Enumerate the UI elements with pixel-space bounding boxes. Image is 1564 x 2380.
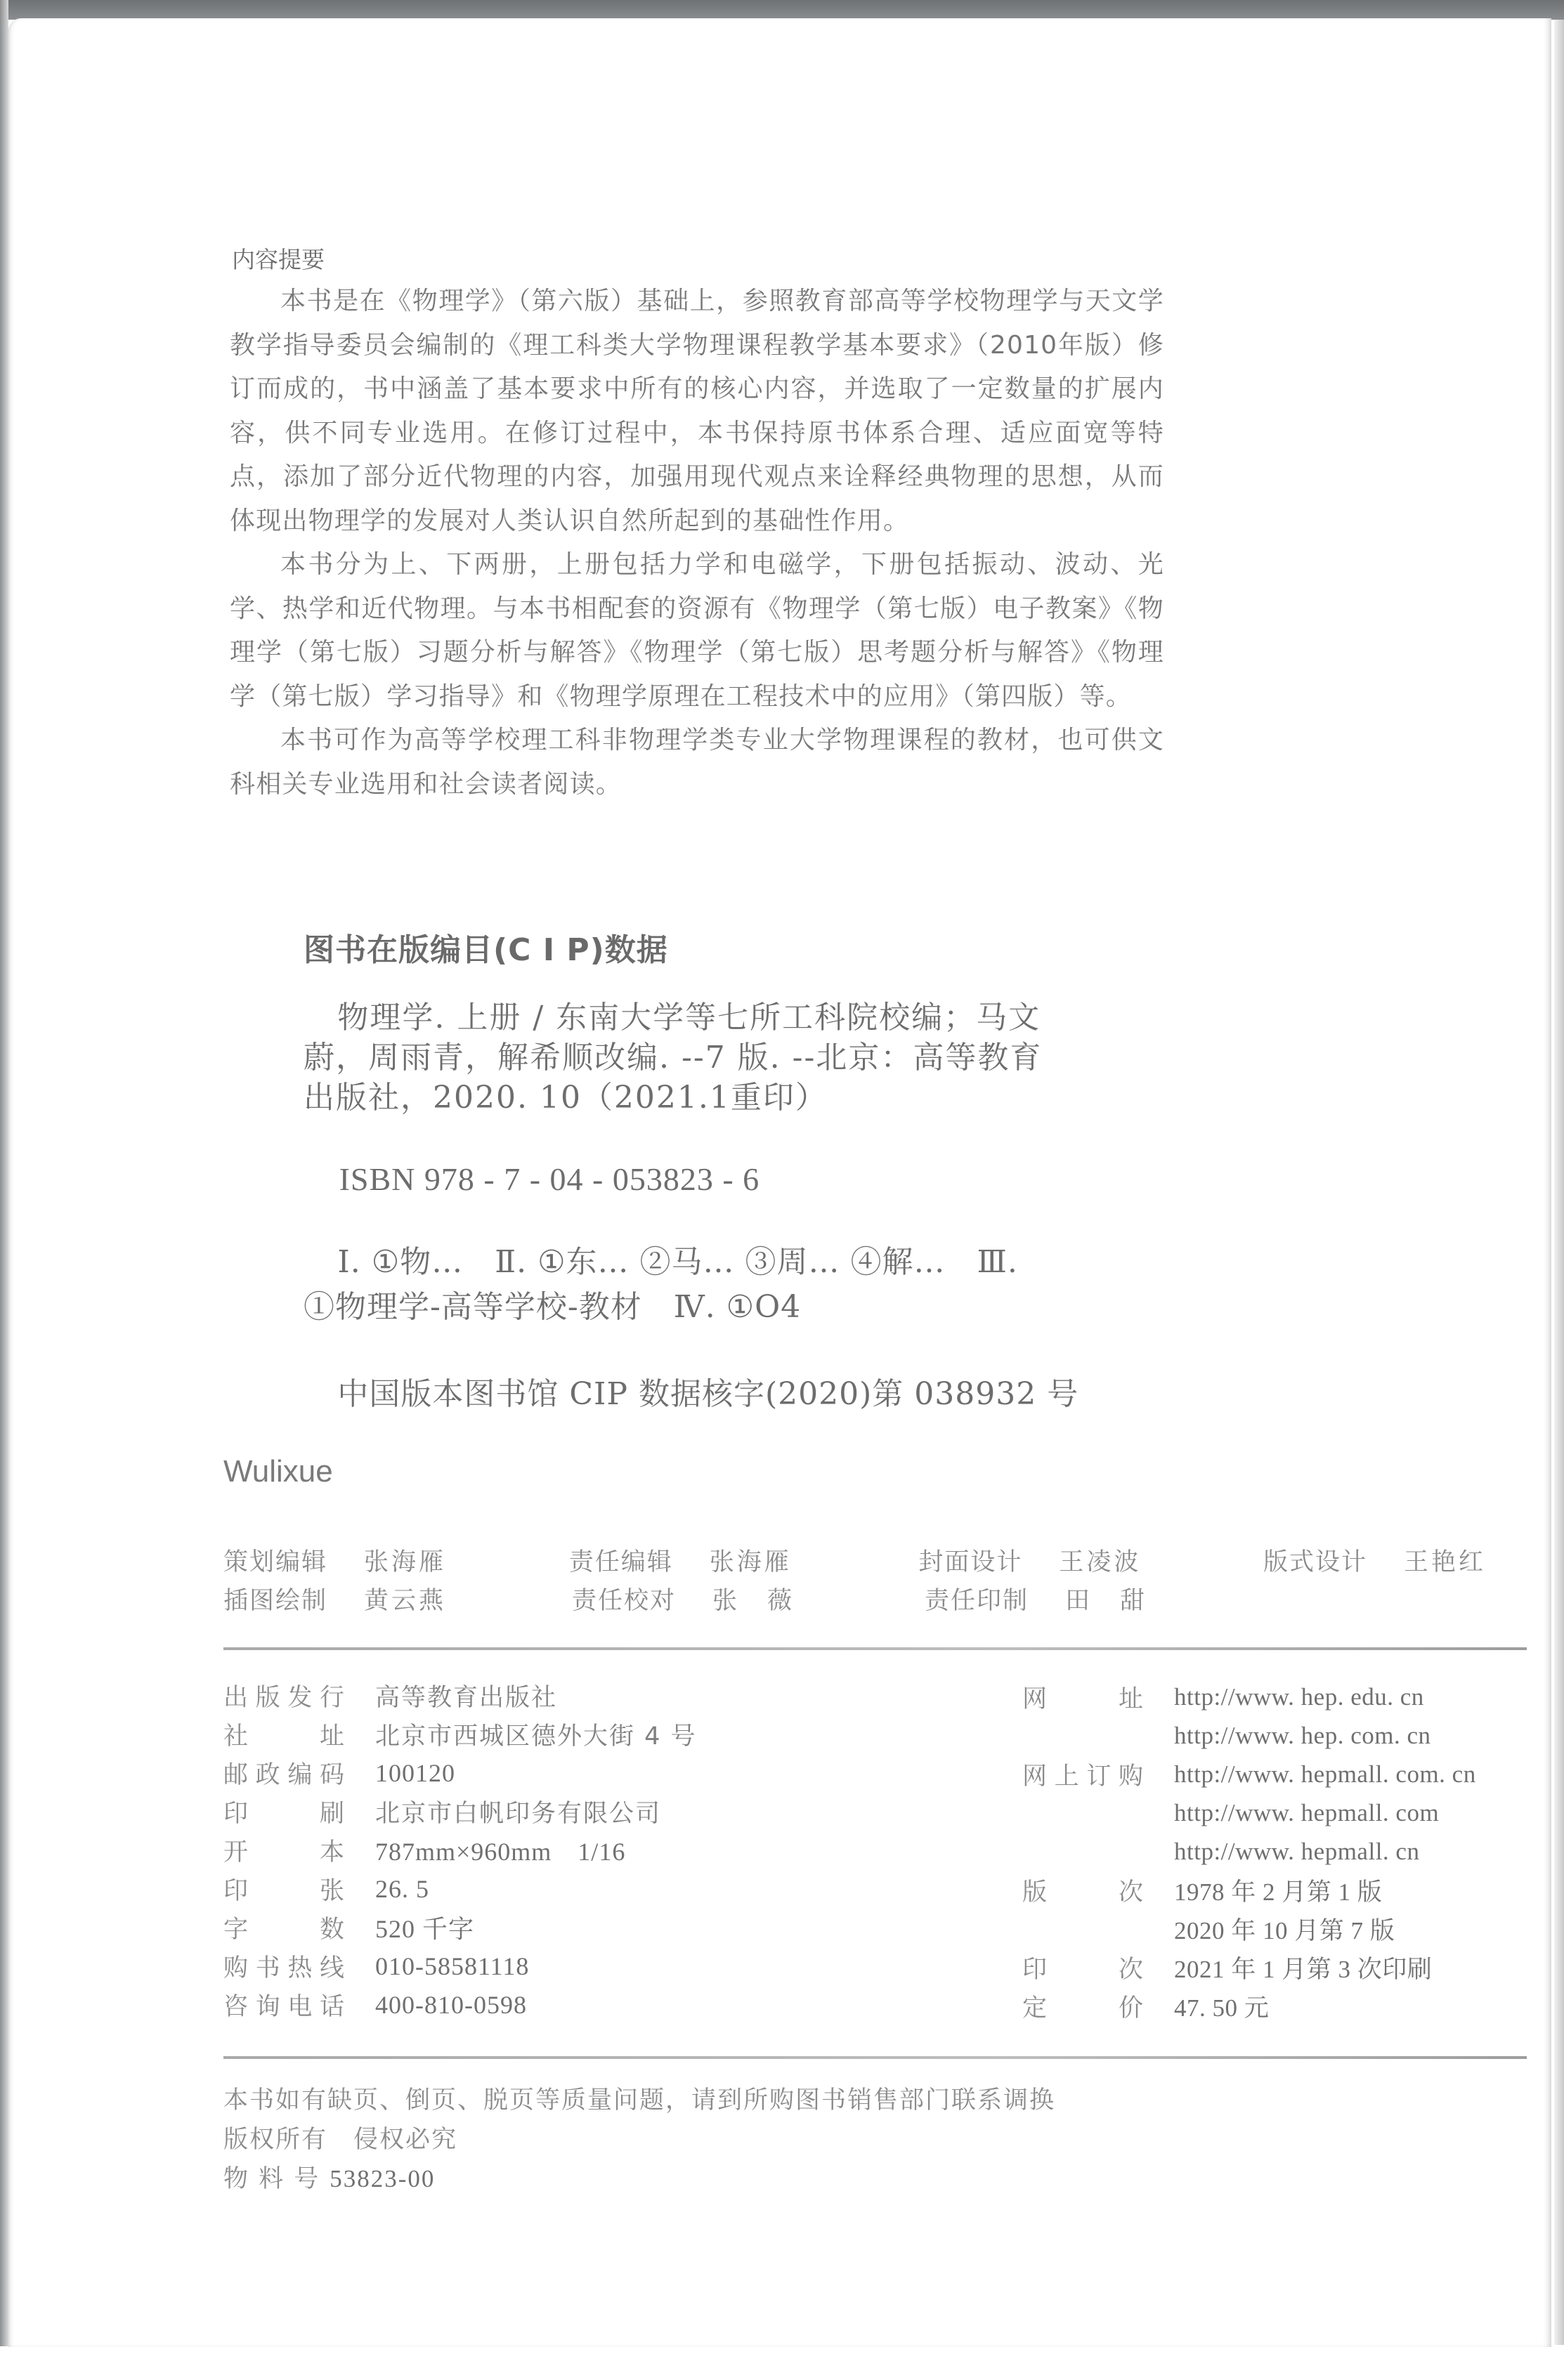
info-label: 定价 [1022, 1989, 1143, 2024]
divider [223, 2056, 1527, 2059]
info-label: 购书热线 [223, 1949, 344, 1984]
cip-record: 物理学. 上册 / 东南大学等七所工科院校编；马文 蔚，周雨青，解希顺改编. -… [304, 998, 1140, 1118]
summary-body: 本书是在《物理学》（第六版）基础上，参照教育部高等学校物理学与天文学教学指导委员… [230, 280, 1164, 806]
info-label-char: 开 [223, 1833, 248, 1868]
publication-row: 社址北京市西城区德外大街 4 号 [223, 1715, 697, 1753]
publication-info-left: 出版发行高等教育出版社社址北京市西城区德外大街 4 号邮政编码100120印刷北… [223, 1676, 697, 2024]
staff-role: 插图绘制 [223, 1581, 364, 1616]
staff-credit: 版式设计王艳红 [1263, 1543, 1544, 1578]
staff-credit: 责任校对张 薇 [572, 1581, 925, 1616]
info-value: http://www. hep. edu. cn [1174, 1683, 1424, 1711]
staff-credit: 插图绘制黄云燕 [223, 1581, 572, 1616]
info-value: 47. 50 元 [1174, 1989, 1269, 2024]
staff-role: 版式设计 [1263, 1543, 1404, 1578]
info-label-char: 书 [256, 1949, 280, 1984]
staff-name: 张 薇 [712, 1581, 853, 1616]
info-label-char: 询 [256, 1987, 280, 2022]
publication-row: 印刷北京市白帆印务有限公司 [223, 1792, 697, 1831]
info-label: 印刷 [223, 1794, 344, 1829]
summary-paragraph: 本书分为上、下两册，上册包括力学和电磁学，下册包括振动、波动、光学、热学和近代物… [230, 543, 1164, 719]
staff-role: 责任校对 [572, 1581, 712, 1616]
info-label-char: 次 [1119, 1873, 1143, 1908]
staff-role: 责任印制 [925, 1581, 1065, 1616]
info-label: 印张 [223, 1871, 344, 1907]
info-value: http://www. hep. com. cn [1174, 1722, 1431, 1750]
info-label-char: 邮 [223, 1755, 248, 1791]
info-label-char: 印 [223, 1794, 248, 1829]
publication-row: http://www. hep. com. cn [1022, 1716, 1476, 1755]
publication-row: 咨询电话400-810-0598 [223, 1985, 697, 2024]
publication-row: http://www. hepmall. cn [1022, 1832, 1476, 1871]
publication-row: http://www. hepmall. com [1022, 1793, 1476, 1832]
info-label: 印次 [1022, 1950, 1143, 1985]
cip-line: 蔚，周雨青，解希顺改编. --7 版. --北京：高等教育 [304, 1038, 1140, 1078]
staff-role: 责任编辑 [569, 1543, 710, 1578]
info-label-char: 价 [1119, 1989, 1143, 2024]
info-label-char: 刷 [320, 1794, 344, 1829]
info-label-char: 网 [1022, 1680, 1047, 1715]
info-value: 北京市西城区德外大街 4 号 [375, 1717, 697, 1752]
staff-name: 王凌波 [1059, 1543, 1199, 1578]
info-label-char: 址 [1119, 1680, 1143, 1715]
info-label-char: 版 [1022, 1873, 1047, 1908]
info-label-char: 话 [320, 1987, 344, 2022]
publication-row: 印次2021 年 1 月第 3 次印刷 [1022, 1948, 1476, 1987]
info-value: 520 千字 [375, 1909, 474, 1945]
summary-heading: 内容提要 [232, 242, 325, 275]
staff-role: 封面设计 [918, 1543, 1059, 1578]
publication-row: 印张26. 5 [223, 1869, 697, 1908]
info-label-char: 电 [287, 1987, 312, 2022]
divider [223, 1647, 1527, 1650]
info-label-char: 社 [223, 1717, 248, 1752]
info-value: http://www. hepmall. com [1174, 1799, 1439, 1827]
info-value: http://www. hepmall. cn [1174, 1838, 1419, 1866]
info-label-char: 印 [1022, 1950, 1047, 1985]
material-number: 物 料 号53823-00 [223, 2159, 1055, 2199]
info-value: 010-58581118 [375, 1951, 529, 1981]
info-label-char: 上 [1055, 1757, 1079, 1792]
isbn: ISBN 978 - 7 - 04 - 053823 - 6 [304, 1160, 760, 1198]
publication-row: 出版发行高等教育出版社 [223, 1676, 697, 1715]
staff-name: 黄云燕 [364, 1581, 504, 1616]
staff-name: 田 甜 [1065, 1581, 1206, 1616]
staff-name: 张海雁 [710, 1543, 850, 1578]
staff-row: 插图绘制黄云燕 责任校对张 薇 责任印制田 甜 [223, 1579, 1544, 1618]
info-label-char: 订 [1086, 1757, 1111, 1792]
copyright-notice: 版权所有 侵权必究 [223, 2120, 1055, 2159]
publication-row: 购书热线010-58581118 [223, 1947, 697, 1985]
staff-role: 策划编辑 [223, 1543, 364, 1578]
cip-line: 物理学. 上册 / 东南大学等七所工科院校编；马文 [304, 998, 1140, 1038]
info-label-char: 码 [320, 1755, 344, 1791]
info-label-char: 线 [320, 1949, 344, 1984]
staff-row: 策划编辑张海雁 责任编辑张海雁 封面设计王凌波 版式设计王艳红 [223, 1541, 1544, 1579]
publication-row: 开本787mm×960mm 1/16 [223, 1831, 697, 1869]
info-label-char: 版 [256, 1678, 280, 1713]
info-value: 2021 年 1 月第 3 次印刷 [1174, 1950, 1432, 1985]
info-label-char: 数 [320, 1910, 344, 1945]
info-label-char: 张 [320, 1871, 344, 1907]
info-label-char: 行 [320, 1678, 344, 1713]
info-label: 开本 [223, 1833, 344, 1868]
footer-notes: 本书如有缺页、倒页、脱页等质量问题，请到所购图书销售部门联系调换 版权所有 侵权… [223, 2081, 1055, 2199]
cip-line: 出版社，2020. 10（2021.1重印） [304, 1078, 1140, 1118]
staff-credit: 策划编辑张海雁 [223, 1543, 569, 1578]
staff-credits: 策划编辑张海雁 责任编辑张海雁 封面设计王凌波 版式设计王艳红 插图绘制黄云燕 … [223, 1541, 1544, 1618]
info-label: 社址 [223, 1717, 344, 1752]
info-label-char: 次 [1119, 1950, 1143, 1985]
publication-row: 网址http://www. hep. edu. cn [1022, 1678, 1476, 1716]
info-label-char: 本 [320, 1833, 344, 1868]
info-label-char: 发 [287, 1678, 312, 1713]
info-value: http://www. hepmall. com. cn [1174, 1760, 1476, 1789]
info-label-char: 出 [223, 1678, 248, 1713]
material-number-value: 53823-00 [330, 2165, 435, 2192]
pinyin-title: Wulixue [223, 1454, 333, 1489]
scan-edge-left [0, 0, 8, 2346]
summary-paragraph: 本书可作为高等学校理工科非物理学类专业大学物理课程的教材，也可供文科相关专业选用… [230, 719, 1164, 806]
publication-row: 邮政编码100120 [223, 1753, 697, 1792]
publication-row: 网上订购http://www. hepmall. com. cn [1022, 1755, 1476, 1793]
info-value: 北京市白帆印务有限公司 [375, 1794, 661, 1829]
info-label-char: 购 [223, 1949, 248, 1984]
cip-classification: Ⅰ. ①物… Ⅱ. ①东… ②马… ③周… ④解… Ⅲ. ①物理学-高等学校-教… [304, 1240, 1182, 1330]
info-value: 26. 5 [375, 1874, 429, 1904]
material-number-label: 物 料 号 [223, 2165, 320, 2193]
publication-row: 字数520 千字 [223, 1908, 697, 1947]
info-value: 1978 年 2 月第 1 版 [1174, 1873, 1382, 1908]
info-label: 咨询电话 [223, 1987, 344, 2022]
cip-verification-number: 中国版本图书馆 CIP 数据核字(2020)第 038932 号 [304, 1368, 1078, 1413]
staff-credit: 封面设计王凌波 [918, 1543, 1263, 1578]
summary-paragraph: 本书是在《物理学》（第六版）基础上，参照教育部高等学校物理学与天文学教学指导委员… [230, 280, 1164, 543]
info-label-char: 印 [223, 1871, 248, 1907]
info-label: 版次 [1022, 1873, 1143, 1908]
info-label: 邮政编码 [223, 1755, 344, 1791]
info-label-char: 购 [1119, 1757, 1143, 1792]
info-value: 100120 [375, 1758, 455, 1788]
staff-credit: 责任印制田 甜 [925, 1581, 1272, 1616]
staff-credit: 责任编辑张海雁 [569, 1543, 919, 1578]
scan-edge-right [1554, 20, 1564, 2345]
info-label-char: 政 [256, 1755, 280, 1791]
info-label-char: 网 [1022, 1757, 1047, 1792]
info-label: 出版发行 [223, 1678, 344, 1713]
quality-notice: 本书如有缺页、倒页、脱页等质量问题，请到所购图书销售部门联系调换 [223, 2081, 1055, 2120]
info-value: 787mm×960mm 1/16 [375, 1832, 625, 1868]
info-label-char: 热 [287, 1949, 312, 1984]
info-label-char: 咨 [223, 1987, 248, 2022]
info-value: 400-810-0598 [375, 1990, 527, 2020]
info-label-char: 址 [320, 1717, 344, 1752]
info-label-char: 定 [1022, 1989, 1047, 2024]
info-value: 2020 年 10 月第 7 版 [1174, 1911, 1395, 1947]
staff-name: 王艳红 [1404, 1543, 1544, 1578]
publication-row: 2020 年 10 月第 7 版 [1022, 1909, 1476, 1948]
classification-line: ①物理学-高等学校-教材 Ⅳ. ①O4 [304, 1285, 1182, 1330]
info-label: 网上订购 [1022, 1757, 1143, 1792]
classification-line: Ⅰ. ①物… Ⅱ. ①东… ②马… ③周… ④解… Ⅲ. [304, 1240, 1182, 1285]
publication-info-right: 网址http://www. hep. edu. cnhttp://www. he… [1022, 1678, 1476, 2025]
publication-row: 版次1978 年 2 月第 1 版 [1022, 1871, 1476, 1909]
info-label-char: 编 [287, 1755, 312, 1791]
info-label-char: 字 [223, 1910, 248, 1945]
scan-edge-top [0, 0, 1564, 20]
cip-heading: 图书在版编目(C I P)数据 [304, 924, 668, 969]
staff-name: 张海雁 [364, 1543, 504, 1578]
info-label: 字数 [223, 1910, 344, 1945]
info-value: 高等教育出版社 [375, 1678, 557, 1713]
info-label: 网址 [1022, 1680, 1143, 1715]
publication-row: 定价47. 50 元 [1022, 1987, 1476, 2025]
